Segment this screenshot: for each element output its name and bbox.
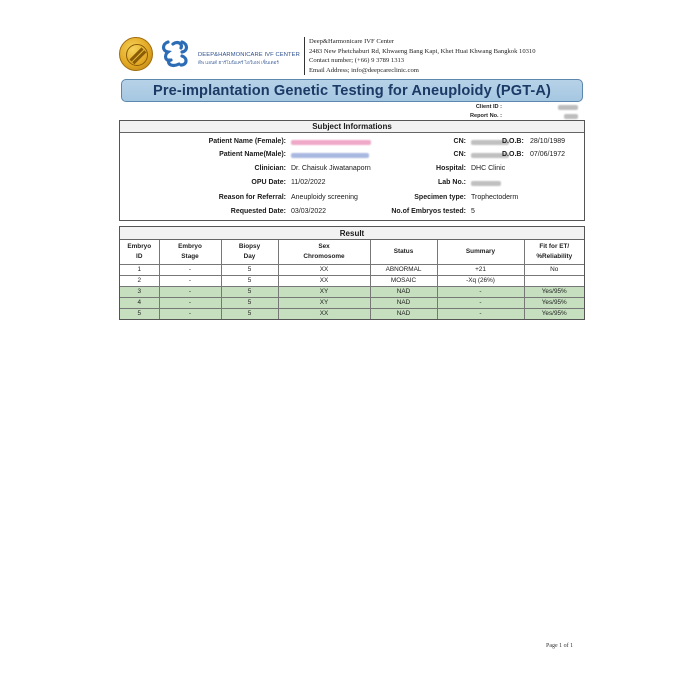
embryos-tested-value: 5 [471,206,475,218]
cell-status: NAD [370,286,437,297]
header-divider [304,37,305,75]
table-row: 3-5XYNAD-Yes/95% [120,286,584,297]
cell-embryo-stage: - [159,297,221,308]
clinic-logo-icon [159,38,191,70]
dob-male-value: 07/06/1972 [530,149,565,161]
cell-embryo-id: 5 [120,308,159,319]
cell-embryo-id: 3 [120,286,159,297]
subject-row-opu: OPU Date: 11/02/2022 Lab No.: [120,177,584,189]
cell-fit-for-et: Yes/95% [524,297,584,308]
cell-embryo-id: 2 [120,275,159,286]
result-header-row: EmbryoID EmbryoStage BiopsyDay SexChromo… [120,240,584,264]
patient-male-redacted [291,153,369,158]
lab-no-label: Lab No.: [438,177,466,189]
cell-embryo-id: 1 [120,264,159,275]
report-no-redacted [564,114,578,119]
cell-summary: +21 [437,264,524,275]
subject-row-clinician: Clinician: Dr. Chaisuk Jiwatanaporn Hosp… [120,163,584,175]
patient-female-label: Patient Name (Female): [209,136,286,148]
table-row: 5-5XXNAD-Yes/95% [120,308,584,319]
col-summary: Summary [437,240,524,264]
clinic-contact-block: Deep&Harmonicare IVF Center 2483 New Phe… [309,37,536,75]
table-row: 2-5XXMOSAIC-Xq (26%) [120,275,584,286]
cell-embryo-stage: - [159,286,221,297]
hospital-label: Hospital: [436,163,466,175]
cell-fit-for-et: Yes/95% [524,308,584,319]
table-row: 4-5XYNAD-Yes/95% [120,297,584,308]
cell-summary: - [437,286,524,297]
cell-fit-for-et: No [524,264,584,275]
hospital-value: DHC Clinic [471,163,505,175]
clinic-brand-name: DEEP&HARMONICARE IVF CENTER [198,52,300,58]
lab-no-redacted [471,181,501,186]
cell-status: NAD [370,297,437,308]
dob-female-value: 28/10/1989 [530,136,565,148]
requested-date-value: 03/03/2022 [291,206,326,218]
report-header: DEEP&HARMONICARE IVF CENTER ดีพ แอนด์ ฮา… [116,36,586,78]
cell-biopsy-day: 5 [221,286,278,297]
specimen-label: Specimen type: [414,192,466,204]
col-embryo-stage: EmbryoStage [159,240,221,264]
subject-informations-section: Subject Informations Patient Name (Femal… [119,120,585,221]
cell-sex-chromosome: XX [278,275,370,286]
cell-embryo-id: 4 [120,297,159,308]
report-no-label: Report No. : [430,113,502,119]
result-heading: Result [120,227,584,240]
clinic-email-line: Email Address; info@deepcareclinic.com [309,66,536,76]
cell-status: MOSAIC [370,275,437,286]
result-section: Result EmbryoID EmbryoStage BiopsyDay Se… [119,226,585,320]
patient-male-label: Patient Name(Male): [219,149,286,161]
clinician-label: Clinician: [254,163,286,175]
subject-heading: Subject Informations [120,121,584,133]
opu-date-value: 11/02/2022 [291,177,326,189]
cell-summary: -Xq (26%) [437,275,524,286]
col-embryo-id: EmbryoID [120,240,159,264]
result-table: EmbryoID EmbryoStage BiopsyDay SexChromo… [120,240,584,319]
result-table-body: 1-5XXABNORMAL+21No2-5XXMOSAIC-Xq (26%)3-… [120,264,584,319]
col-fit-for-et: Fit for ET/%Reliability [524,240,584,264]
embryos-tested-label: No.of Embryos tested: [391,206,466,218]
dob-female-label: D.O.B: [502,136,524,148]
table-row: 1-5XXABNORMAL+21No [120,264,584,275]
clinic-address-line: 2483 New Phetchaburi Rd, Khwaeng Bang Ka… [309,47,536,57]
cell-status: ABNORMAL [370,264,437,275]
specimen-value: Trophectoderm [471,192,518,204]
cell-summary: - [437,297,524,308]
cell-biopsy-day: 5 [221,308,278,319]
cell-embryo-stage: - [159,308,221,319]
clinic-name-line: Deep&Harmonicare IVF Center [309,37,536,47]
col-status: Status [370,240,437,264]
requested-date-label: Requested Date: [231,206,286,218]
clinician-value: Dr. Chaisuk Jiwatanaporn [291,163,371,175]
cell-biopsy-day: 5 [221,297,278,308]
clinic-phone-line: Contact number; (+66) 9 3789 1313 [309,56,536,66]
col-sex-chromosome: SexChromosome [278,240,370,264]
cell-sex-chromosome: XY [278,286,370,297]
accreditation-seal-icon [119,37,153,71]
subject-row-male: Patient Name(Male): CN: D.O.B: 07/06/197… [120,149,584,161]
cell-status: NAD [370,308,437,319]
clinic-brand-thai: ดีพ แอนด์ ฮาร์โมนิแคร์ ไอวีเอฟ เซ็นเตอร์ [198,60,279,67]
subject-row-requested: Requested Date: 03/03/2022 No.of Embryos… [120,206,584,218]
patient-female-redacted [291,140,371,145]
report-title-banner: Pre-implantation Genetic Testing for Ane… [121,79,583,102]
cell-biopsy-day: 5 [221,275,278,286]
page-number: Page 1 of 1 [546,643,573,649]
dob-male-label: D.O.B: [502,149,524,161]
cell-sex-chromosome: XY [278,297,370,308]
cell-embryo-stage: - [159,264,221,275]
cn-male-label: CN: [454,149,466,161]
client-id-redacted [558,105,578,110]
cell-fit-for-et: Yes/95% [524,286,584,297]
client-id-label: Client ID : [430,104,502,110]
cell-embryo-stage: - [159,275,221,286]
report-title: Pre-implantation Genetic Testing for Ane… [153,83,551,99]
report-page: DEEP&HARMONICARE IVF CENTER ดีพ แอนด์ ฮา… [0,0,700,700]
reason-value: Aneuploidy screening [291,192,358,204]
cell-sex-chromosome: XX [278,308,370,319]
subject-row-female: Patient Name (Female): CN: D.O.B: 28/10/… [120,136,584,148]
cn-female-label: CN: [454,136,466,148]
cell-sex-chromosome: XX [278,264,370,275]
cell-fit-for-et [524,275,584,286]
reason-label: Reason for Referral: [219,192,286,204]
cell-summary: - [437,308,524,319]
cell-biopsy-day: 5 [221,264,278,275]
subject-row-reason: Reason for Referral: Aneuploidy screenin… [120,192,584,204]
opu-date-label: OPU Date: [251,177,286,189]
col-biopsy-day: BiopsyDay [221,240,278,264]
